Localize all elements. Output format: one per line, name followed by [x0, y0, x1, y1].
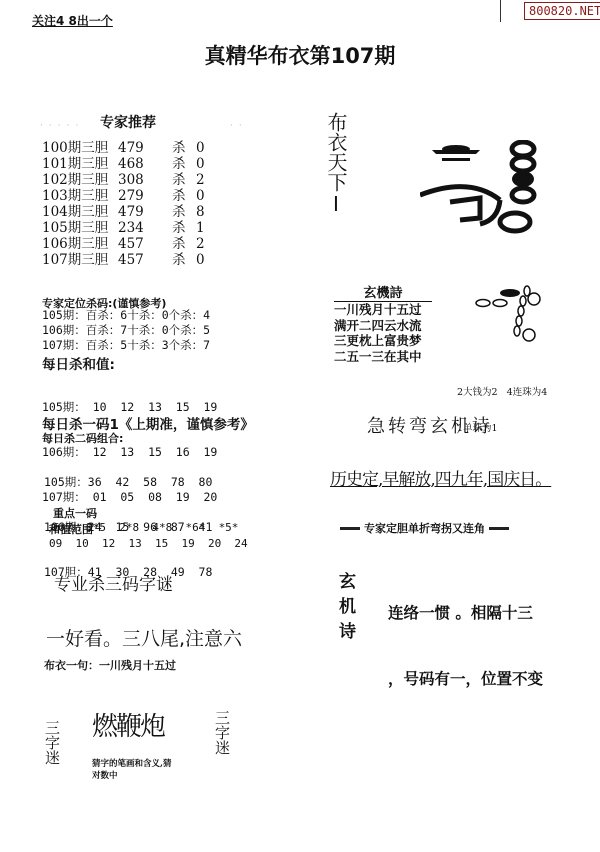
xuanji-shi-vertical: 玄机诗: [334, 572, 356, 647]
follow-note: 关注4 8出一个: [32, 12, 113, 29]
daily-kill-two-title: 每日杀二码组合:: [42, 430, 123, 446]
xuanji-poem: 玄機詩 一川残月十五过 满开二四云水流 三更枕上富贵梦 二五一三在其中: [334, 282, 432, 364]
sum-range-value: 09 10 12 13 15 19 20 24: [49, 537, 248, 550]
xuanji-poem-title: 玄機詩: [334, 282, 432, 301]
poem-line: 连络一惯 。相隔十三: [388, 602, 543, 624]
list-item: 105期：百杀：6十杀：0个杀：4: [42, 308, 210, 323]
sum-range-row: 和值范围 09 10 12 13 15 19 20 24: [42, 508, 248, 550]
buyi-line: 布衣一句：一川残月十五过: [44, 657, 176, 673]
page-title: 真精华布衣第107期: [0, 40, 600, 70]
list-item: 103期三胆279杀0: [42, 188, 205, 204]
divider: [500, 0, 501, 22]
position-kill-list: 105期：百杀：6十杀：0个杀：4 106期：百杀：7十杀：0个杀：5 107期…: [42, 308, 210, 353]
dotted-divider: ·····: [40, 121, 84, 131]
poem-line: ，号码有一，位置不变: [388, 668, 543, 690]
expert-recommend-title: 专家推荐: [100, 112, 156, 132]
list-item: 102期三胆308杀2: [42, 172, 205, 188]
riddle-line: 一好看。三八尾,注意六: [46, 624, 242, 651]
poem-line: 一川残月十五过: [334, 302, 432, 318]
sum-range-label: 和值范围: [49, 523, 93, 536]
turn-poem-title: 急转弯玄机诗: [367, 412, 493, 438]
dotted-divider: ··: [230, 121, 248, 131]
divider: [489, 527, 509, 530]
three-char-right: 三字迷: [212, 710, 233, 755]
list-item: 106期三胆457杀2: [42, 236, 205, 252]
expert-banner: 专家定胆单折弯拐又连角: [340, 520, 509, 536]
poem-line: 二五一三在其中: [334, 349, 432, 365]
list-item: 101期三胆468杀0: [42, 156, 205, 172]
divider: [340, 527, 360, 530]
three-char-left: 三字迷: [42, 720, 63, 765]
riddle-title: 专业杀三码字谜: [54, 570, 173, 595]
list-item: 100期三胆479杀0: [42, 140, 205, 156]
poem-line: 满开二四云水流: [334, 318, 432, 334]
list-item: 107期三胆457杀0: [42, 252, 205, 268]
three-char-main: 燃鞭炮: [92, 706, 164, 743]
list-item: 104期三胆479杀8: [42, 204, 205, 220]
three-char-caption: 猜字的笔画和含义,猜对数中: [92, 758, 174, 782]
coins-beads-icon: [475, 285, 565, 345]
expert-recommend-list: 100期三胆479杀0 101期三胆468杀0 102期三胆308杀2 103期…: [42, 140, 205, 268]
pictogram-icon: [420, 140, 580, 235]
list-item: 106期：百杀：7十杀：0个杀：5: [42, 323, 210, 338]
xuanji-shi-text: 连络一惯 。相隔十三 ，号码有一，位置不变: [388, 558, 543, 712]
poem-line: 三更枕上富贵梦: [334, 333, 432, 349]
buyi-tianxia-vertical: 布衣天下I: [324, 112, 348, 216]
watermark-badge: 800820.NET: [524, 2, 600, 20]
turn-poem-line: 历史定,早解放,四九年,国庆日。: [330, 465, 551, 490]
banner-text: 专家定胆单折弯拐又连角: [364, 520, 485, 536]
list-item: 105期：36 42 58 78 80: [44, 475, 212, 490]
list-item: 107期：百杀：5十杀：3个杀：7: [42, 338, 210, 353]
legend-line: 2大钱为2 4连珠为4: [457, 387, 547, 399]
list-item: 105期三胆234杀1: [42, 220, 205, 236]
